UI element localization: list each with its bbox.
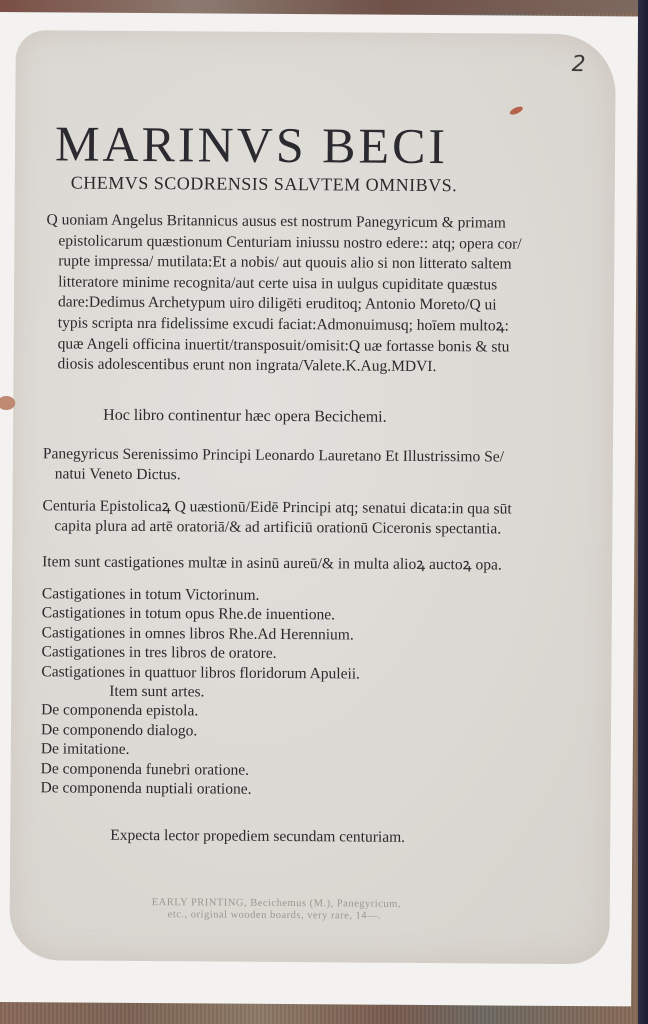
list-item: De componenda epistola.: [41, 701, 360, 723]
catalogue-label: EARLY PRINTING, Becichemus (M.), Panegyr…: [152, 897, 401, 923]
list-item: Castigationes in totum opus Rhe.de inuen…: [42, 604, 361, 626]
list-item: De componenda nuptiali oratione.: [41, 778, 360, 800]
preface-line: diosis adolescentibus erunt non ingrata/…: [45, 354, 520, 378]
entry-line: capita plura ad artē oratoriā/& ad artif…: [42, 516, 511, 539]
preface-line: typis scripta nra fidelissime excudi fac…: [46, 313, 521, 337]
contents-heading: Hoc libro continentur hæc opera Becichem…: [103, 407, 387, 427]
book-cover-edge: [638, 0, 648, 1024]
contents-entry-castigationes: Item sunt castigationes multæ in asinū a…: [42, 552, 502, 575]
entry-line: Panegyricus Serenissimo Principi Leonard…: [43, 445, 504, 465]
entry-line: Item sunt castigationes multæ in asinū a…: [42, 553, 502, 573]
castigationes-list: Castigationes in totum Victorinum. Casti…: [41, 584, 361, 800]
book-page: 2 MARINVS BECI CHEMVS SCODRENSIS SALVTEM…: [0, 12, 638, 1006]
page-number: 2: [572, 52, 586, 77]
list-item: De imitatione.: [41, 740, 360, 762]
label-line: etc., original wooden boards, very rare,…: [152, 909, 401, 923]
list-item: Castigationes in totum Victorinum.: [42, 584, 361, 606]
entry-line: natui Veneto Dictus.: [43, 464, 504, 487]
list-item: Castigationes in quattuor libros florido…: [41, 662, 360, 684]
page-title: MARINVS BECI: [55, 114, 448, 175]
closing-line: Expecta lector propediem secundam centur…: [110, 827, 405, 847]
contents-entry-centuria: Centuria Epistolicaꝝ Q uæstionū/Eidē Pri…: [42, 496, 511, 539]
preface-paragraph: Q uoniam Angelus Britannicus ausus est n…: [45, 210, 521, 378]
preface-line: Q uoniam Angelus Britannicus ausus est n…: [46, 210, 521, 234]
entry-line: Centuria Epistolicaꝝ Q uæstionū/Eidē Pri…: [42, 497, 511, 517]
list-item: Castigationes in omnes libros Rhe.Ad Her…: [42, 623, 361, 645]
list-item: De componenda funebri oratione.: [41, 759, 360, 781]
page-subtitle: CHEMVS SCODRENSIS SALVTEM OMNIBVS.: [71, 172, 458, 196]
list-item: De componendo dialogo.: [41, 720, 360, 742]
contents-entry-panegyricus: Panegyricus Serenissimo Principi Leonard…: [43, 444, 504, 487]
artes-heading: Item sunt artes.: [41, 681, 360, 703]
list-item: Castigationes in tres libros de oratore.: [41, 643, 360, 665]
